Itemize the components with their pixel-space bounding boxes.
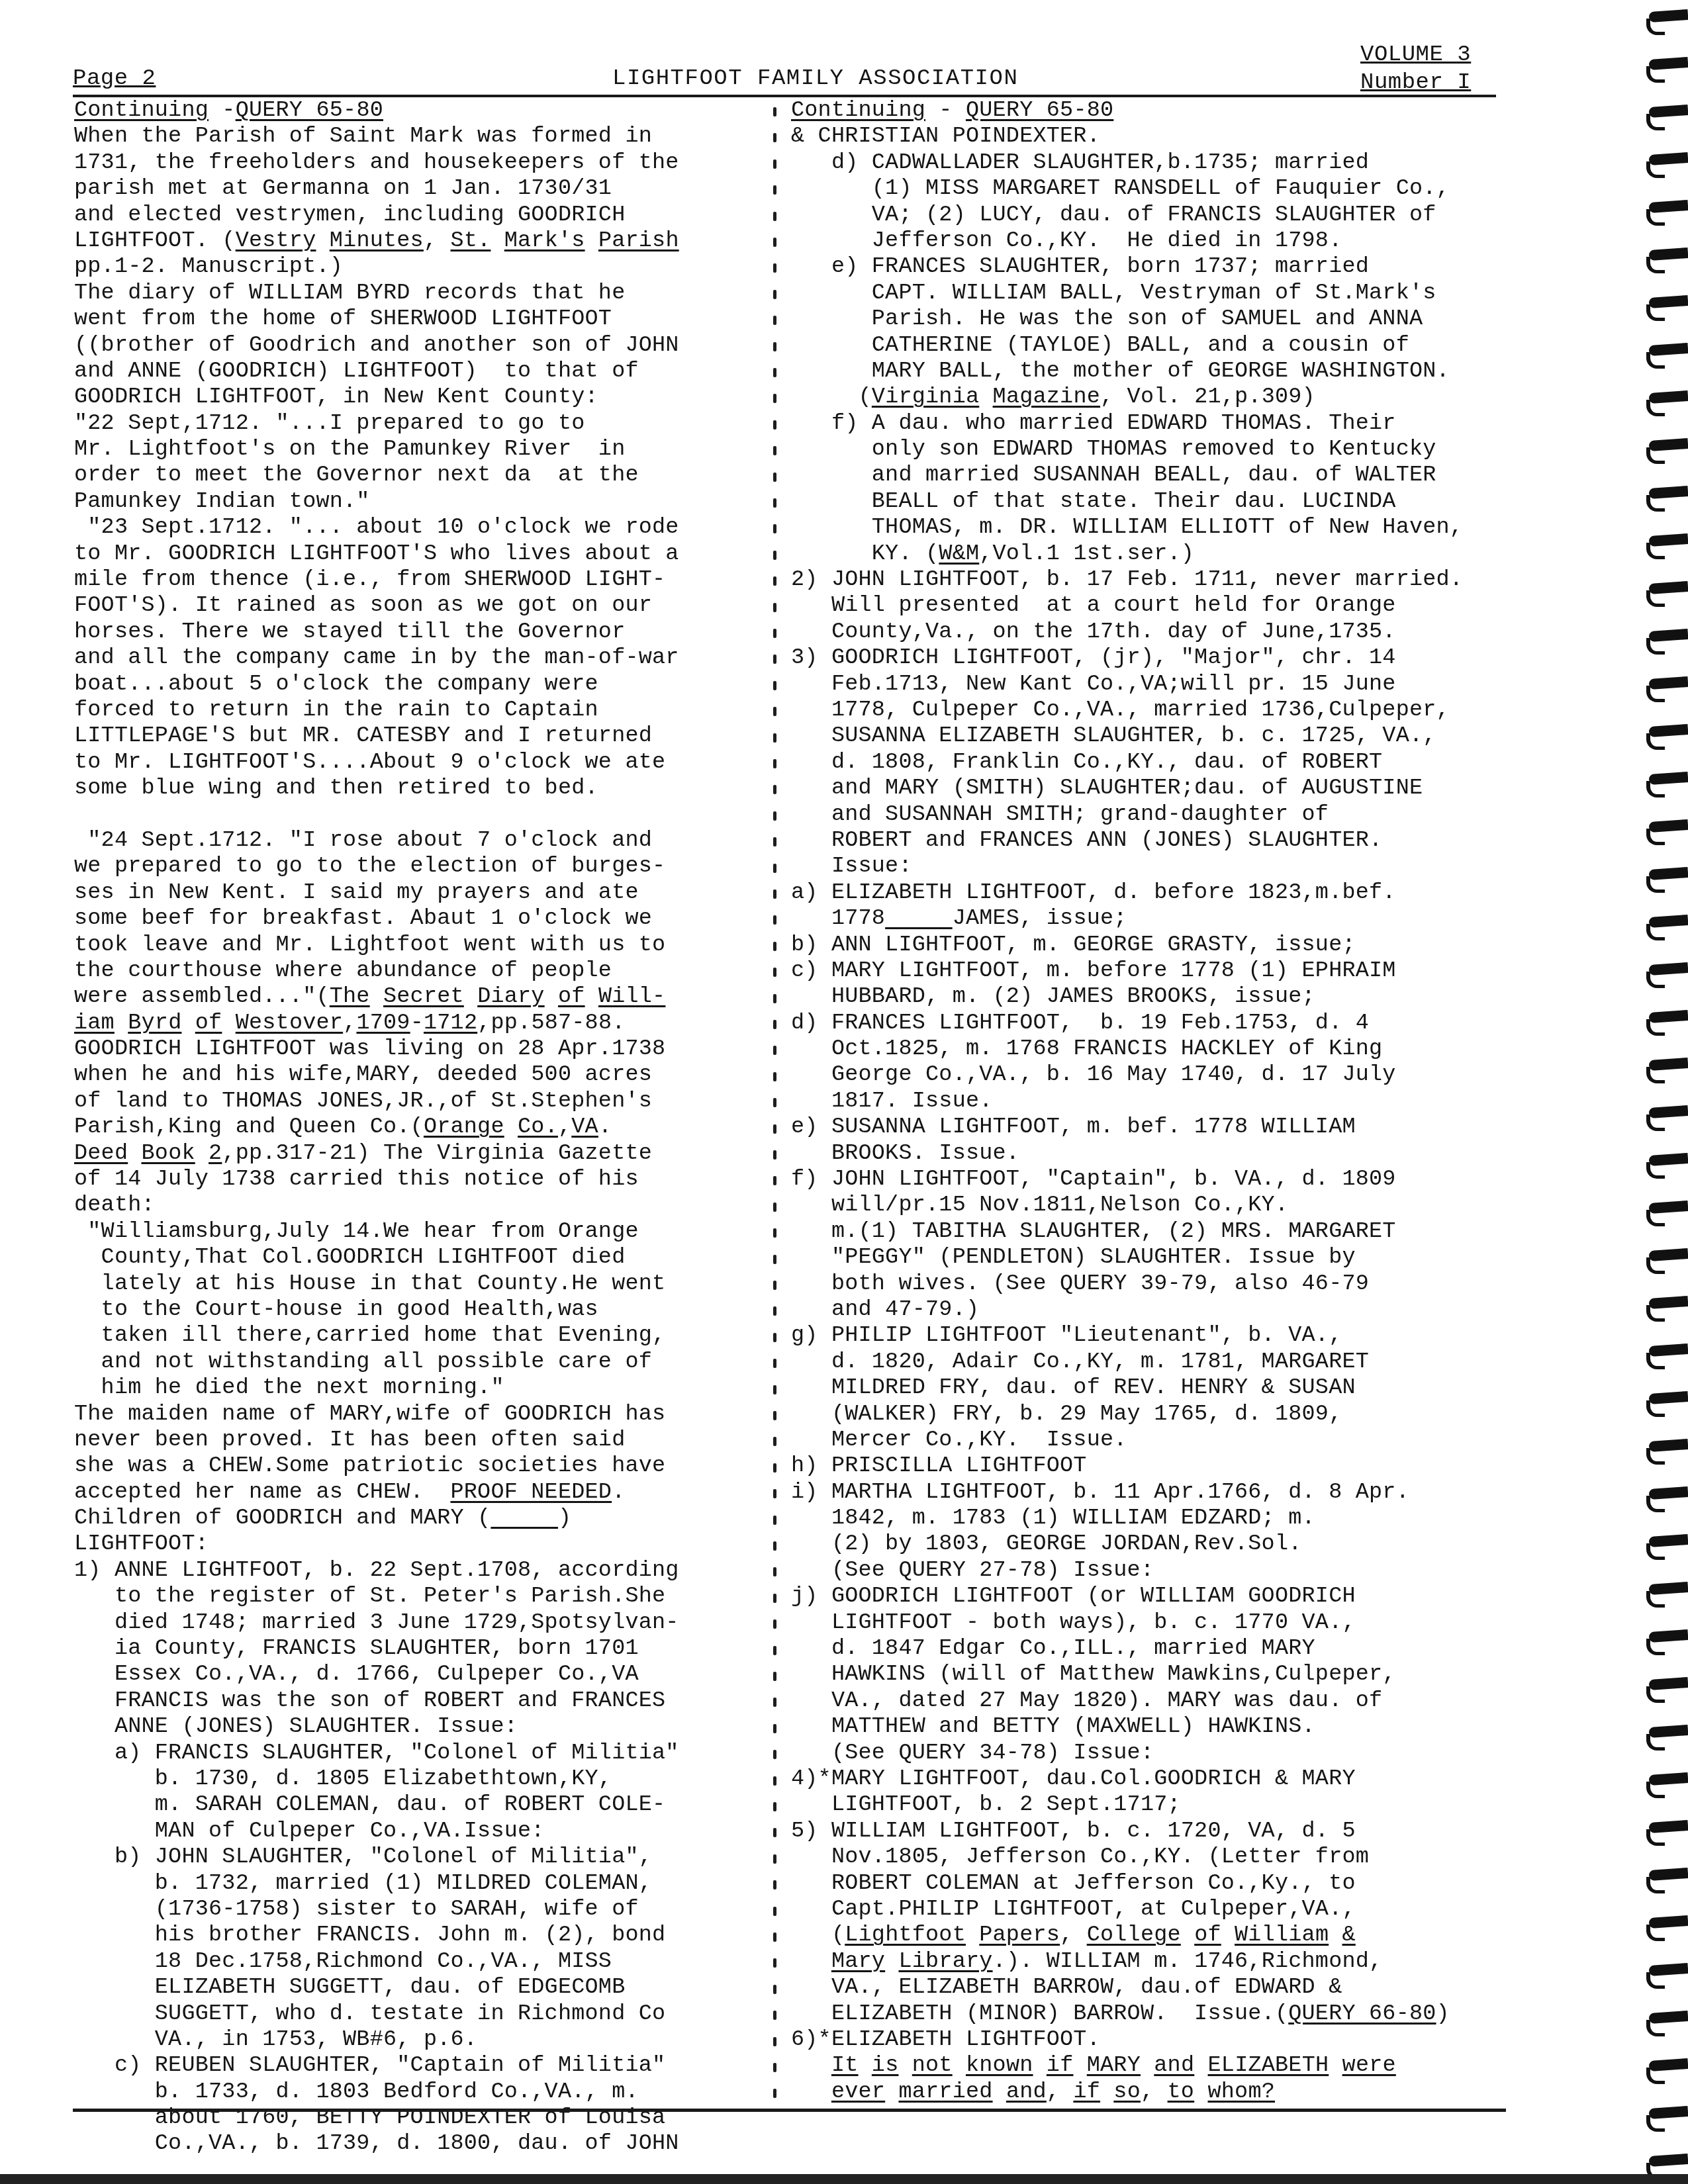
text-segment: i) MARTHA LIGHTFOOT, b. 11 Apr.1766, d. … <box>791 1480 1409 1505</box>
binding-coil-icon <box>1645 7 1688 33</box>
text-line: 3) GOODRICH LIGHTFOOT, (jr), "Major", ch… <box>791 645 1513 671</box>
text-line: Feb.1713, New Kant Co.,VA;will pr. 15 Ju… <box>791 672 1513 698</box>
text-line: f) JOHN LIGHTFOOT, "Captain", b. VA., d.… <box>791 1167 1513 1193</box>
text-segment: 18 Dec.1758,Richmond Co.,VA., MISS <box>74 1949 612 1974</box>
text-line: (1) MISS MARGARET RANSDELL of Fauquier C… <box>791 176 1513 202</box>
underlined-text: PROOF NEEDED <box>451 1480 612 1505</box>
underlined-text: Magazine <box>993 385 1100 410</box>
text-line: when he and his wife,MARY, deeded 500 ac… <box>74 1062 769 1088</box>
text-line: m. SARAH COLEMAN, dau. of ROBERT COLE- <box>74 1792 769 1818</box>
divider-dash <box>773 655 776 664</box>
divider-dash <box>773 1541 776 1551</box>
text-segment: m.(1) TABITHA SLAUGHTER, (2) MRS. MARGAR… <box>791 1219 1396 1244</box>
text-segment: 4)*MARY LIGHTFOOT, dau.Col.GOODRICH & MA… <box>791 1766 1356 1792</box>
text-segment <box>791 2053 831 2078</box>
text-line: ROBERT COLEMAN at Jefferson Co.,Ky., to <box>791 1871 1513 1897</box>
divider-dash <box>773 551 776 560</box>
text-segment: h) PRISCILLA LIGHTFOOT <box>791 1453 1087 1479</box>
divider-dash <box>773 1098 776 1107</box>
binding-coil-icon <box>1645 435 1688 462</box>
text-line: e) SUSANNA LIGHTFOOT, m. bef. 1778 WILLI… <box>791 1115 1513 1140</box>
underlined-text: to <box>1168 2079 1195 2105</box>
text-segment: LIGHTFOOT - both ways), b. c. 1770 VA., <box>791 1610 1356 1635</box>
text-segment: the courthouse where abundance of people <box>74 958 612 983</box>
text-line: County,That Col.GOODRICH LIGHTFOOT died <box>74 1245 769 1271</box>
text-line: took leave and Mr. Lightfoot went with u… <box>74 933 769 958</box>
text-line: LIGHTFOOT: <box>74 1531 769 1557</box>
text-segment: ROBERT and FRANCES ANN (JONES) SLAUGHTER… <box>791 828 1382 853</box>
divider-dash <box>773 420 776 430</box>
text-segment: never been proved. It has been often sai… <box>74 1428 625 1453</box>
text-line: VA; (2) LUCY, dau. of FRANCIS SLAUGHTER … <box>791 203 1513 228</box>
text-segment: and all the company came in by the man-o… <box>74 645 679 670</box>
text-line: to Mr. GOODRICH LIGHTFOOT'S who lives ab… <box>74 541 769 567</box>
divider-dash <box>773 759 776 768</box>
text-line: 1) ANNE LIGHTFOOT, b. 22 Sept.1708, acco… <box>74 1558 769 1584</box>
binding-coil-icon <box>1645 1674 1688 1701</box>
divider-dash <box>773 942 776 951</box>
underlined-text: Minutes <box>330 228 424 253</box>
text-segment: of land to THOMAS JONES,JR.,of St.Stephe… <box>74 1089 652 1114</box>
text-line: accepted her name as CHEW. PROOF NEEDED. <box>74 1480 769 1506</box>
binding-coil-icon <box>1645 293 1688 319</box>
binding-coil-icon <box>1645 864 1688 891</box>
text-line: b. 1733, d. 1803 Bedford Co.,VA., m. <box>74 2079 769 2105</box>
divider-dash <box>773 785 776 794</box>
text-segment: 1778 <box>791 906 885 931</box>
text-segment: when he and his wife,MARY, deeded 500 ac… <box>74 1062 652 1087</box>
underlined-text: QUERY 66-80 <box>1288 2001 1436 2026</box>
text-line: b. 1730, d. 1805 Elizabethtown,KY, <box>74 1766 769 1792</box>
text-segment <box>316 228 329 253</box>
text-line: "Williamsburg,July 14.We hear from Orang… <box>74 1219 769 1245</box>
binding-coil-icon <box>1645 1817 1688 1844</box>
text-line: Deed Book 2,pp.317-21) The Virginia Gaze… <box>74 1141 769 1167</box>
text-segment: parish met at Germanna on 1 Jan. 1730/31 <box>74 176 612 201</box>
divider-dash <box>773 1985 776 1994</box>
binding-coil-icon <box>1645 483 1688 510</box>
text-segment: VA., ELIZABETH BARROW, dau.of EDWARD & <box>791 1975 1342 2000</box>
text-segment <box>966 1923 979 1948</box>
text-line: Parish,King and Queen Co.(Orange Co.,VA. <box>74 1115 769 1140</box>
underlined-text: ELIZABETH <box>1208 2053 1329 2078</box>
text-segment: died 1748; married 3 June 1729,Spotsylva… <box>74 1610 679 1635</box>
text-segment: , <box>1141 2079 1168 2105</box>
text-segment: and MARY (SMITH) SLAUGHTER;dau. of AUGUS… <box>791 776 1423 801</box>
divider-dash <box>773 1698 776 1707</box>
binding-coil-icon <box>1645 1722 1688 1749</box>
text-segment: ia County, FRANCIS SLAUGHTER, born 1701 <box>74 1636 639 1661</box>
text-line: b) ANN LIGHTFOOT, m. GEORGE GRASTY, issu… <box>791 933 1513 958</box>
text-segment: - <box>410 1011 424 1036</box>
divider-dash <box>773 1619 776 1629</box>
text-segment: to the Court-house in good Health,was <box>74 1297 598 1322</box>
underlined-text: William <box>1235 1923 1329 1948</box>
text-line: KY. (W&M,Vol.1 1st.ser.) <box>791 541 1513 567</box>
text-segment: accepted her name as CHEW. <box>74 1480 451 1505</box>
divider-dash <box>773 342 776 351</box>
text-line: the courthouse where abundance of people <box>74 958 769 984</box>
divider-dash <box>773 2063 776 2072</box>
text-segment: and elected vestrymen, including GOODRIC… <box>74 203 625 228</box>
binding-coil-icon <box>1645 150 1688 176</box>
underlined-text: Mark's <box>504 228 585 253</box>
text-segment: When the Parish of Saint Mark was formed… <box>74 124 652 149</box>
text-segment <box>1329 1923 1342 1948</box>
text-line: Will presented at a court held for Orang… <box>791 593 1513 619</box>
text-segment: ELIZABETH SUGGETT, dau. of EDGECOMB <box>74 1975 625 2000</box>
text-segment: ,pp.587-88. <box>477 1011 625 1036</box>
divider-dash <box>773 1150 776 1160</box>
text-segment: "23 Sept.1712. "... about 10 o'clock we … <box>74 515 679 540</box>
text-segment: d. 1820, Adair Co.,KY, m. 1781, MARGARET <box>791 1349 1369 1375</box>
text-segment <box>898 2053 912 2078</box>
text-line: and elected vestrymen, including GOODRIC… <box>74 203 769 228</box>
text-line: "23 Sept.1712. "... about 10 o'clock we … <box>74 515 769 541</box>
text-line: Mary Library.). WILLIAM m. 1746,Richmond… <box>791 1949 1513 1975</box>
binding-coil-icon <box>1645 1770 1688 1796</box>
text-line: VA., dated 27 May 1820). MARY was dau. o… <box>791 1688 1513 1714</box>
text-line: and ANNE (GOODRICH) LIGHTFOOT) to that o… <box>74 359 769 385</box>
text-segment: ) <box>558 1506 571 1531</box>
text-line: to the Court-house in good Health,was <box>74 1297 769 1323</box>
text-segment: of 14 July 1738 carried this notice of h… <box>74 1167 639 1192</box>
text-segment: VA., in 1753, WB#6, p.6. <box>74 2027 477 2052</box>
divider-dash <box>773 864 776 873</box>
underlined-text: College <box>1087 1923 1181 1948</box>
text-line: and MARY (SMITH) SLAUGHTER;dau. of AUGUS… <box>791 776 1513 801</box>
text-line: Issue: <box>791 854 1513 880</box>
text-segment: d. 1847 Edgar Co.,ILL., married MARY <box>791 1636 1315 1661</box>
text-line: George Co.,VA., b. 16 May 1740, d. 17 Ju… <box>791 1062 1513 1088</box>
divider-dash <box>773 2089 776 2098</box>
text-line: GOODRICH LIGHTFOOT was living on 28 Apr.… <box>74 1036 769 1062</box>
divider-dash <box>773 1933 776 1942</box>
text-line: FOOT'S). It rained as soon as we got on … <box>74 593 769 619</box>
binding-coil-icon <box>1645 1198 1688 1224</box>
underlined-text: Vestry <box>236 228 316 253</box>
text-line: Mercer Co.,KY. Issue. <box>791 1428 1513 1453</box>
underlined-text: of <box>1194 1923 1221 1948</box>
text-line: she was a CHEW.Some patriotic societies … <box>74 1453 769 1479</box>
text-segment: (1) MISS MARGARET RANSDELL of Fauquier C… <box>791 176 1450 201</box>
text-segment: f) A dau. who married EDWARD THOMAS. The… <box>791 411 1396 436</box>
text-line: f) A dau. who married EDWARD THOMAS. The… <box>791 411 1513 437</box>
divider-dash <box>773 1333 776 1342</box>
text-line: Capt.PHILIP LIGHTFOOT, at Culpeper,VA., <box>791 1897 1513 1923</box>
text-segment: ) <box>1436 2001 1450 2026</box>
text-segment: "Williamsburg,July 14.We hear from Orang… <box>74 1219 639 1244</box>
binding-coil-icon <box>1645 2103 1688 2130</box>
text-line: SUSANNA ELIZABETH SLAUGHTER, b. c. 1725,… <box>791 723 1513 749</box>
binding-coil-icon <box>1645 1055 1688 1081</box>
text-line: order to meet the Governor next da at th… <box>74 463 769 488</box>
text-segment: Will presented at a court held for Orang… <box>791 593 1396 618</box>
underlined-text: Book <box>142 1141 195 1166</box>
text-segment <box>953 2053 966 2078</box>
binding-coil-icon <box>1645 769 1688 796</box>
text-segment <box>1100 2079 1113 2105</box>
divider-dash <box>773 368 776 377</box>
text-line: CAPT. WILLIAM BALL, Vestryman of St.Mark… <box>791 281 1513 306</box>
text-segment: ( <box>791 1923 845 1948</box>
underlined-text: whom? <box>1207 2079 1275 2105</box>
binding-coil-icon <box>1645 1627 1688 1653</box>
divider-dash <box>773 238 776 247</box>
text-line: of 14 July 1738 carried this notice of h… <box>74 1167 769 1193</box>
text-segment <box>1194 2079 1207 2105</box>
text-line: MILDRED FRY, dau. of REV. HENRY & SUSAN <box>791 1375 1513 1401</box>
divider-dash <box>773 1203 776 1212</box>
text-segment: (WALKER) FRY, b. 29 May 1765, d. 1809, <box>791 1402 1342 1427</box>
text-line: & CHRISTIAN POINDEXTER. <box>791 124 1513 150</box>
text-segment: both wives. (See QUERY 39-79, also 46-79 <box>791 1271 1369 1297</box>
text-segment: VA; (2) LUCY, dau. of FRANCIS SLAUGHTER … <box>791 203 1436 228</box>
text-segment: GOODRICH LIGHTFOOT, in New Kent County: <box>74 385 598 410</box>
underlined-text: The <box>330 984 370 1009</box>
underlined-text: were <box>1342 2053 1396 2078</box>
divider-dash <box>773 603 776 612</box>
underlined-text: and <box>1006 2079 1047 2105</box>
text-segment: MARY BALL, the mother of GEORGE WASHINGT… <box>791 359 1450 384</box>
text-segment: Jefferson Co.,KY. He died in 1798. <box>791 228 1342 253</box>
binding-coil-icon <box>1645 674 1688 700</box>
text-segment: ( <box>791 385 872 410</box>
text-line: lately at his House in that County.He we… <box>74 1271 769 1297</box>
text-segment: 5) WILLIAM LIGHTFOOT, b. c. 1720, VA, d.… <box>791 1819 1356 1844</box>
text-segment: we prepared to go to the election of bur… <box>74 854 665 879</box>
underlined-text: Papers <box>979 1923 1060 1948</box>
divider-dash <box>773 107 776 116</box>
text-line: Essex Co.,VA., d. 1766, Culpeper Co.,VA <box>74 1662 769 1688</box>
footer-rule <box>73 2109 1506 2112</box>
text-line: LIGHTFOOT - both ways), b. c. 1770 VA., <box>791 1610 1513 1636</box>
text-line: 5) WILLIAM LIGHTFOOT, b. c. 1720, VA, d.… <box>791 1819 1513 1844</box>
binding-coil-icon <box>1645 531 1688 557</box>
text-line: c) REUBEN SLAUGHTER, "Captain of Militia… <box>74 2053 769 2079</box>
volume-number-block: VOLUME 3 Number I <box>1360 41 1471 97</box>
text-segment: JAMES, issue; <box>953 906 1127 931</box>
text-line: 6)*ELIZABETH LIGHTFOOT. <box>791 2027 1513 2053</box>
binding-coil-icon <box>1645 578 1688 605</box>
text-line: and 47-79.) <box>791 1297 1513 1323</box>
text-segment: him he died the next morning." <box>74 1375 504 1400</box>
text-segment: b. 1730, d. 1805 Elizabethtown,KY, <box>74 1766 612 1792</box>
text-line: and all the company came in by the man-o… <box>74 645 769 671</box>
divider-dash <box>773 1359 776 1368</box>
text-segment: .). WILLIAM m. 1746,Richmond, <box>993 1949 1383 1974</box>
underlined-text: Virginia <box>872 385 979 410</box>
text-line: Mr. Lightfoot's on the Pamunkey River in <box>74 437 769 463</box>
text-segment: some beef for breakfast. Abaut 1 o'clock… <box>74 906 652 931</box>
text-line: The maiden name of MARY,wife of GOODRICH… <box>74 1402 769 1428</box>
text-line: Continuing - QUERY 65-80 <box>791 98 1513 124</box>
text-line: Pamunkey Indian town." <box>74 489 769 515</box>
divider-dash <box>773 1750 776 1759</box>
binding-coil-icon <box>1645 102 1688 128</box>
text-segment: 3) GOODRICH LIGHTFOOT, (jr), "Major", ch… <box>791 645 1396 670</box>
text-segment: KY. ( <box>791 541 939 567</box>
text-segment: ses in New Kent. I said my prayers and a… <box>74 880 639 905</box>
divider-dash <box>773 1437 776 1446</box>
underlined-text: Continuing <box>74 98 209 123</box>
text-line: THOMAS, m. DR. WILLIAM ELLIOTT of New Ha… <box>791 515 1513 541</box>
text-segment: (2) by 1803, GEORGE JORDAN,Rev.Sol. <box>791 1531 1302 1557</box>
text-segment: a) FRANCIS SLAUGHTER, "Colonel of Militi… <box>74 1741 679 1766</box>
text-segment: SUGGETT, who d. testate in Richmond Co <box>74 2001 665 2026</box>
text-line: a) ELIZABETH LIGHTFOOT, d. before 1823,m… <box>791 880 1513 906</box>
divider-dash <box>773 446 776 455</box>
text-line: LITTLEPAGE'S but MR. CATESBY and I retur… <box>74 723 769 749</box>
divider-dash <box>773 629 776 638</box>
text-segment: "22 Sept,1712. "...I prepared to go to <box>74 411 585 436</box>
text-segment: c) MARY LIGHTFOOT, m. before 1778 (1) EP… <box>791 958 1396 983</box>
text-segment: death: <box>74 1193 155 1218</box>
text-line: j) GOODRICH LIGHTFOOT (or WILLIAM GOODRI… <box>791 1584 1513 1610</box>
page-number: Page 2 <box>73 66 156 91</box>
text-segment: CAPT. WILLIAM BALL, Vestryman of St.Mark… <box>791 281 1436 306</box>
text-segment: Mercer Co.,KY. Issue. <box>791 1428 1127 1453</box>
binding-coil-icon <box>1645 1531 1688 1558</box>
underlined-text: Parish <box>598 228 679 253</box>
text-line: we prepared to go to the election of bur… <box>74 854 769 880</box>
text-segment: c) REUBEN SLAUGHTER, "Captain of Militia… <box>74 2053 665 2078</box>
text-segment: County,Va., on the 17th. day of June,173… <box>791 619 1396 645</box>
binding-coil-icon <box>1645 1484 1688 1510</box>
text-segment: , <box>1047 2079 1074 2105</box>
text-segment: MILDRED FRY, dau. of REV. HENRY & SUSAN <box>791 1375 1356 1400</box>
text-line: only son EDWARD THOMAS removed to Kentuc… <box>791 437 1513 463</box>
text-segment <box>1329 2053 1342 2078</box>
text-segment: GOODRICH LIGHTFOOT was living on 28 Apr.… <box>74 1036 665 1062</box>
text-line: c) MARY LIGHTFOOT, m. before 1778 (1) EP… <box>791 958 1513 984</box>
divider-dash <box>773 2011 776 2020</box>
text-segment: Capt.PHILIP LIGHTFOOT, at Culpeper,VA., <box>791 1897 1356 1922</box>
text-segment: ,pp.317-21) The Virginia Gazette <box>222 1141 652 1166</box>
underlined-text: Secret <box>383 984 464 1009</box>
volume-label: VOLUME 3 <box>1360 41 1471 69</box>
text-segment: Nov.1805, Jefferson Co.,KY. (Letter from <box>791 1844 1369 1870</box>
divider-dash <box>773 159 776 169</box>
text-segment: 6)*ELIZABETH LIGHTFOOT. <box>791 2027 1100 2052</box>
text-segment: b. 1732, married (1) MILDRED COLEMAN, <box>74 1871 652 1896</box>
text-segment: ANNE (JONES) SLAUGHTER. Issue: <box>74 1714 518 1739</box>
text-segment: Pamunkey Indian town." <box>74 489 370 514</box>
right-column-text: Continuing - QUERY 65-80& CHRISTIAN POIN… <box>791 98 1513 2105</box>
header-rule <box>73 95 1496 97</box>
text-segment: to the register of St. Peter's Parish.Sh… <box>74 1584 665 1609</box>
text-segment: , <box>424 228 451 253</box>
text-segment: "24 Sept.1712. "I rose about 7 o'clock a… <box>74 828 652 853</box>
text-segment <box>222 1011 235 1036</box>
divider-dash <box>773 811 776 821</box>
binding-coil-icon <box>1645 721 1688 748</box>
binding-coil-icon <box>1645 388 1688 414</box>
binding-coil-icon <box>1645 1579 1688 1606</box>
text-line: County,Va., on the 17th. day of June,173… <box>791 619 1513 645</box>
text-segment: lately at his House in that County.He we… <box>74 1271 665 1297</box>
text-segment: Mr. Lightfoot's on the Pamunkey River in <box>74 437 625 462</box>
text-segment: FOOT'S). It rained as soon as we got on … <box>74 593 652 618</box>
text-line: will/pr.15 Nov.1811,Nelson Co.,KY. <box>791 1193 1513 1218</box>
text-segment: d) FRANCES LIGHTFOOT, b. 19 Feb.1753, d.… <box>791 1011 1369 1036</box>
text-segment: Children of GOODRICH and MARY ( <box>74 1506 491 1531</box>
underlined-text <box>491 1506 558 1531</box>
text-line: b. 1732, married (1) MILDRED COLEMAN, <box>74 1871 769 1897</box>
underlined-text: Will- <box>598 984 666 1009</box>
text-line: boat...about 5 o'clock the company were <box>74 672 769 698</box>
text-segment: , <box>1060 1923 1087 1948</box>
divider-dash <box>773 1463 776 1473</box>
text-segment: b) JOHN SLAUGHTER, "Colonel of Militia", <box>74 1844 652 1870</box>
divider-dash <box>773 915 776 925</box>
underlined-text: Mary <box>831 1949 885 1974</box>
text-line: went from the home of SHERWOOD LIGHTFOOT <box>74 306 769 332</box>
text-segment: , <box>558 1115 571 1140</box>
binding-coil-icon <box>1645 1913 1688 1939</box>
text-line: horses. There we stayed till the Governo… <box>74 619 769 645</box>
column-divider <box>771 99 778 2105</box>
text-line: Parish. He was the son of SAMUEL and ANN… <box>791 306 1513 332</box>
text-segment: 1) ANNE LIGHTFOOT, b. 22 Sept.1708, acco… <box>74 1558 679 1583</box>
text-line: to Mr. LIGHTFOOT'S....About 9 o'clock we… <box>74 750 769 776</box>
text-segment <box>885 1949 898 1974</box>
divider-dash <box>773 576 776 586</box>
underlined-text: married <box>898 2079 992 2105</box>
underlined-text: 2 <box>209 1141 222 1166</box>
divider-dash <box>773 1958 776 1968</box>
divider-dash <box>773 1020 776 1029</box>
binding-coil-icon <box>1645 1103 1688 1129</box>
text-segment: 1778, Culpeper Co.,VA., married 1736,Cul… <box>791 698 1450 723</box>
binding-coil-icon <box>1645 960 1688 986</box>
text-line: VA., ELIZABETH BARROW, dau.of EDWARD & <box>791 1975 1513 2001</box>
text-segment: pp.1-2. Manuscript.) <box>74 254 343 279</box>
divider-dash <box>773 133 776 142</box>
divider-dash <box>773 837 776 846</box>
text-segment: and SUSANNAH SMITH; grand-daughter of <box>791 802 1329 827</box>
binding-coil-icon <box>1645 1007 1688 1034</box>
divider-dash <box>773 681 776 690</box>
underlined-text: Orange <box>424 1115 504 1140</box>
underlined-text: MARY <box>1087 2053 1141 2078</box>
text-segment: were assembled..."( <box>74 984 330 1009</box>
text-segment: Parish. He was the son of SAMUEL and ANN… <box>791 306 1423 332</box>
divider-dash <box>773 1880 776 1889</box>
binding-coil-icon <box>1645 1436 1688 1463</box>
text-line: ses in New Kent. I said my prayers and a… <box>74 880 769 906</box>
underlined-text: VA <box>571 1115 598 1140</box>
text-line: (Virginia Magazine, Vol. 21,p.309) <box>791 385 1513 410</box>
text-line: CATHERINE (TAYLOE) BALL, and a cousin of <box>791 333 1513 359</box>
text-line: HAWKINS (will of Matthew Mawkins,Culpepe… <box>791 1662 1513 1688</box>
text-line: 4)*MARY LIGHTFOOT, dau.Col.GOODRICH & MA… <box>791 1766 1513 1792</box>
binding-coil-icon <box>1645 54 1688 81</box>
text-line: pp.1-2. Manuscript.) <box>74 254 769 280</box>
text-line: and married SUSANNAH BEALL, dau. of WALT… <box>791 463 1513 488</box>
text-segment: SUSANNA ELIZABETH SLAUGHTER, b. c. 1725,… <box>791 723 1436 749</box>
divider-dash <box>773 1567 776 1576</box>
text-segment: and not withstanding all possible care o… <box>74 1349 652 1375</box>
divider-dash <box>773 733 776 743</box>
underlined-text: if <box>1073 2079 1100 2105</box>
text-segment <box>545 984 558 1009</box>
text-segment <box>1141 2053 1154 2078</box>
text-line: d. 1820, Adair Co.,KY, m. 1781, MARGARET <box>791 1349 1513 1375</box>
binding-coil-icon <box>1645 817 1688 843</box>
divider-dash <box>773 1281 776 1290</box>
text-line: ia County, FRANCIS SLAUGHTER, born 1701 <box>74 1636 769 1662</box>
